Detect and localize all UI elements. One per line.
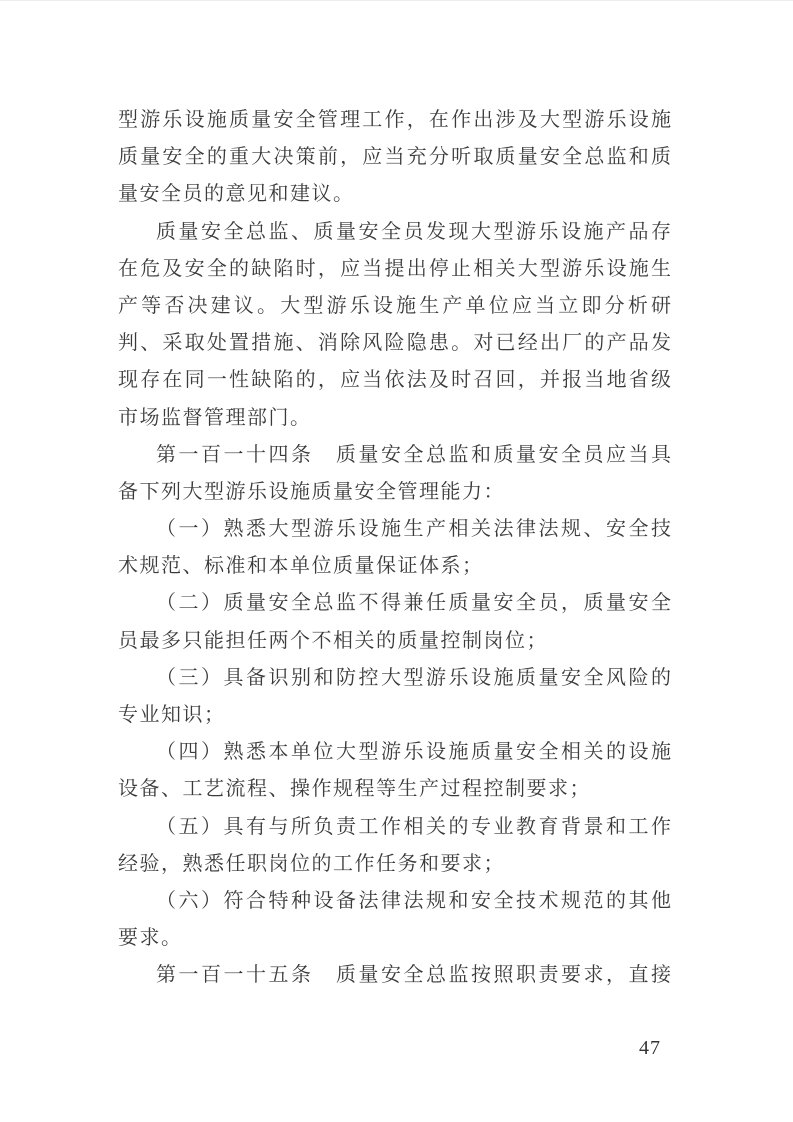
text-line: （四）熟悉本单位大型游乐设施质量安全相关的设施 xyxy=(118,734,672,771)
text-line: 第一百一十五条 质量安全总监按照职责要求，直接 xyxy=(118,957,672,994)
text-line: 质量安全的重大决策前，应当充分听取质量安全总监和质 xyxy=(118,139,672,176)
text-line: 型游乐设施质量安全管理工作，在作出涉及大型游乐设施 xyxy=(118,102,672,139)
text-line: 产等否决建议。大型游乐设施生产单位应当立即分析研 xyxy=(118,288,672,325)
text-line: 判、采取处置措施、消除风险隐患。对已经出厂的产品发 xyxy=(118,325,672,362)
text-line: 现存在同一性缺陷的，应当依法及时召回，并报当地省级 xyxy=(118,362,672,399)
text-line: 设备、工艺流程、操作规程等生产过程控制要求； xyxy=(118,771,672,808)
text-line: （二）质量安全总监不得兼任质量安全员，质量安全 xyxy=(118,585,672,622)
document-body: 型游乐设施质量安全管理工作，在作出涉及大型游乐设施质量安全的重大决策前，应当充分… xyxy=(118,102,672,995)
text-line: 备下列大型游乐设施质量安全管理能力： xyxy=(118,474,672,511)
text-line: （五）具有与所负责工作相关的专业教育背景和工作 xyxy=(118,809,672,846)
text-line: 第一百一十四条 质量安全总监和质量安全员应当具 xyxy=(118,437,672,474)
text-line: （六）符合特种设备法律法规和安全技术规范的其他 xyxy=(118,883,672,920)
text-line: 市场监督管理部门。 xyxy=(118,400,672,437)
text-line: （一）熟悉大型游乐设施生产相关法律法规、安全技 xyxy=(118,511,672,548)
text-line: 经验，熟悉任职岗位的工作任务和要求； xyxy=(118,846,672,883)
page-number: 47 xyxy=(630,1037,670,1060)
text-line: 要求。 xyxy=(118,920,672,957)
document-page: 型游乐设施质量安全管理工作，在作出涉及大型游乐设施质量安全的重大决策前，应当充分… xyxy=(0,0,793,1122)
text-line: 量安全员的意见和建议。 xyxy=(118,176,672,213)
text-line: 员最多只能担任两个不相关的质量控制岗位； xyxy=(118,623,672,660)
text-line: 专业知识； xyxy=(118,697,672,734)
text-line: 术规范、标准和本单位质量保证体系； xyxy=(118,548,672,585)
text-line: 质量安全总监、质量安全员发现大型游乐设施产品存 xyxy=(118,214,672,251)
text-line: 在危及安全的缺陷时，应当提出停止相关大型游乐设施生 xyxy=(118,251,672,288)
text-line: （三）具备识别和防控大型游乐设施质量安全风险的 xyxy=(118,660,672,697)
